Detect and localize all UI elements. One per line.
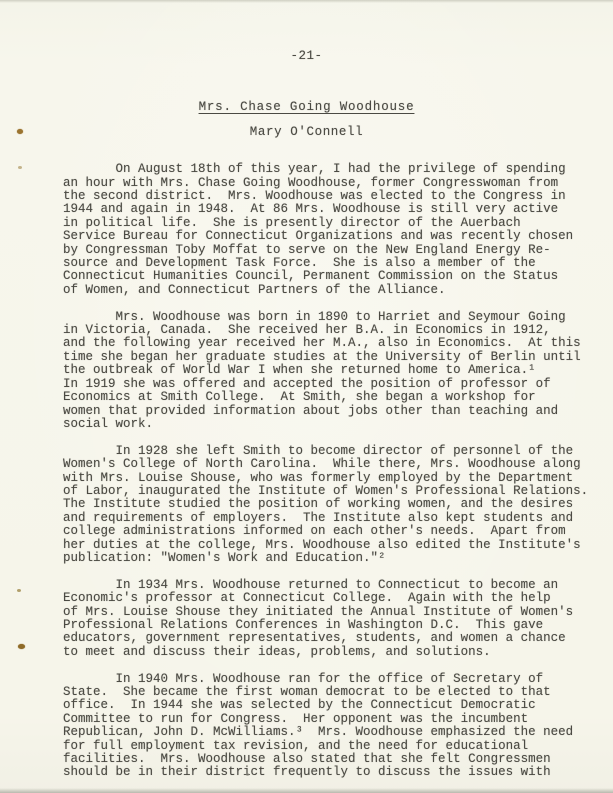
foxing-spot bbox=[18, 166, 22, 169]
paragraph-2: Mrs. Woodhouse was born in 1890 to Harri… bbox=[63, 311, 613, 432]
page-number: -21- bbox=[0, 0, 613, 63]
document-body: On August 18th of this year, I had the p… bbox=[63, 163, 613, 780]
author-byline: Mary O'Connell bbox=[0, 126, 613, 139]
scan-edge-top bbox=[0, 0, 613, 3]
paragraph-3: In 1928 she left Smith to become directo… bbox=[63, 445, 613, 566]
paragraph-4: In 1934 Mrs. Woodhouse returned to Conne… bbox=[63, 579, 613, 659]
foxing-spot bbox=[17, 129, 23, 134]
paragraph-1: On August 18th of this year, I had the p… bbox=[63, 163, 613, 297]
document-title: Mrs. Chase Going Woodhouse bbox=[0, 101, 613, 114]
scanned-document-page: -21- Mrs. Chase Going Woodhouse Mary O'C… bbox=[0, 0, 613, 793]
paper-speck bbox=[246, 773, 249, 776]
foxing-spot bbox=[18, 644, 25, 649]
scan-edge-bottom bbox=[0, 788, 613, 793]
foxing-spot bbox=[17, 589, 21, 592]
paragraph-5: In 1940 Mrs. Woodhouse ran for the offic… bbox=[63, 673, 613, 780]
